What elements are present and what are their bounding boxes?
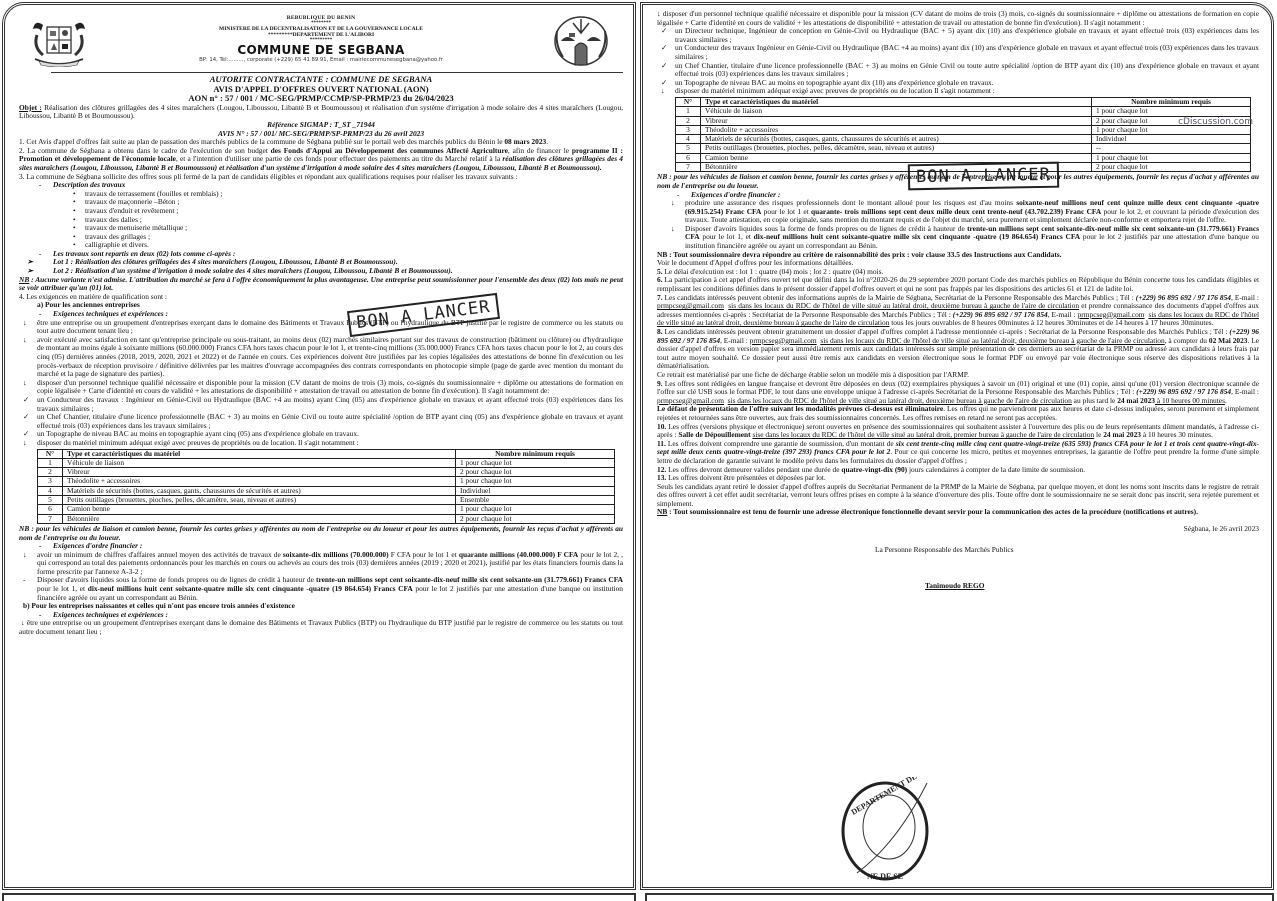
paragraph-2: 2. La commune de Ségbana a obtenu dans l… [19, 147, 623, 173]
table-row: 6Camion benne1 pour chaque lot [676, 153, 1251, 162]
check-icon: ✓ [23, 413, 29, 422]
paragraph-9: 9. Les offres sont rédigées en langue fr… [657, 380, 1259, 406]
table-header-row: N° Type et caractéristiques du matériel … [38, 449, 615, 458]
financial-item: ↓produire une assurance des risques prof… [657, 199, 1259, 225]
official-seal-icon: DEPARTEMENT DE L' NE DE SE [837, 777, 933, 889]
segbana-emblem-icon [551, 15, 611, 67]
place-date: Ségbana, le 26 avril 2023 [657, 525, 1259, 534]
lot-2: ➢Lot 2 : Réalisation d'un système d'irri… [19, 267, 623, 276]
arrow-down-icon: ↓ [661, 87, 665, 96]
benin-coat-of-arms-icon [29, 15, 89, 67]
equipment-table: N° Type et caractéristiques du matériel … [675, 97, 1251, 172]
table-row: 1Véhicule de liaison1 pour chaque lot [38, 458, 615, 467]
equipment-table: N° Type et caractéristiques du matériel … [37, 449, 615, 524]
check-icon: ✓ [661, 62, 667, 71]
arrow-down-icon: ↓ [23, 551, 27, 560]
works-list: •travaux de terrassement (fouilles et re… [19, 190, 623, 250]
staff-item: ✓un Conducteur des travaux : Ingénieur e… [19, 396, 623, 413]
watermark: cDiscussion.com [1178, 117, 1253, 127]
contact-line: BP: 14, Tél:........., corporate (+229) … [19, 57, 623, 64]
table-row: 7Bétonnière2 pour chaque lot [38, 514, 615, 523]
financial-item: ↓Disposer d'avoirs liquides sous la form… [657, 225, 1259, 251]
table-row: 5Petits outillages (brouettes, pioches, … [38, 496, 615, 505]
staff-item: ✓un Directeur technique, Ingénieur de co… [657, 27, 1259, 44]
staff-item: ✓un Chef Chantier, titulaire d'une licen… [19, 413, 623, 430]
arrow-down-icon: ↓ [23, 336, 27, 345]
table-row: 3Théodolite + accessoires1 pour chaque l… [38, 477, 615, 486]
check-icon: ✓ [23, 396, 29, 405]
header-divider [51, 72, 623, 73]
paragraph-7: 7. Les candidats intéressés peuvent obte… [657, 294, 1259, 328]
arrow-down-icon: ↓ [671, 225, 675, 234]
next-page-edge-right [645, 893, 1274, 901]
commune-name: COMMUNE DE SEGBANA [19, 43, 623, 57]
table-row: 6Camion benne1 pour chaque lot [38, 505, 615, 514]
arrow-down-icon: ↓ [23, 319, 27, 328]
table-row: 5Petits outillages (brouettes, pioches, … [676, 144, 1251, 153]
staff-item: ✓un Conducteur des travaux Ingénieur en … [657, 44, 1259, 61]
letterhead: REBUBLIQUE DU BENIN ******** MINISTERE D… [19, 11, 623, 71]
check-icon: ✓ [661, 27, 667, 36]
table-row: 2Vibreur2 pour chaque lot [676, 116, 1251, 125]
requirement-item: ↓être une entreprise ou un groupement d'… [19, 319, 623, 336]
nb-variants: NB : Aucune variante n'est admise. L'att… [19, 276, 623, 293]
paragraph-8: 8. Les candidats intéressés peuvent obte… [657, 328, 1259, 371]
technical-requirements-title-b: -Exigences techniques et expériences : [19, 611, 623, 620]
next-page-edge-left [2, 893, 636, 901]
arrow-down-icon: ↓ [23, 379, 27, 388]
right-page: ↓ disposer d'un personnel technique qual… [640, 2, 1274, 890]
staff-item: ✓un Chef Chantier, titulaire d'une licen… [657, 62, 1259, 79]
financial-item: -Disposer d'avoirs liquides sous la form… [19, 576, 623, 602]
paragraph-11: 11. Les offres doivent comprendre une ga… [657, 440, 1259, 466]
nb-final: NB : Tout soumissionnaire est tenu de fo… [657, 508, 1259, 517]
nb-vehicles: NB : pour les véhicules de liaison et ca… [19, 525, 623, 542]
paragraph-6: 6. La participation à cet appel d'offres… [657, 276, 1259, 293]
signatory-title: La Personne Responsable des Marchés Publ… [657, 546, 1259, 555]
financial-item: ↓avoir un minimum de chiffres d'affaires… [19, 551, 623, 577]
bon-a-lancer-stamp: BON A LANCER [908, 162, 1059, 191]
left-page: REBUBLIQUE DU BENIN ******** MINISTERE D… [2, 2, 636, 890]
requirement-item: ↓ disposer d'un personnel technique qual… [657, 10, 1259, 27]
requirement-item: ↓disposer du matériel minimum adéquat ex… [657, 87, 1259, 96]
paragraph-10: 10. Les offres (versions physique et éle… [657, 423, 1259, 440]
arrow-down-icon: ↓ [671, 199, 675, 208]
check-icon: ✓ [661, 44, 667, 53]
svg-text:NE DE SE: NE DE SE [867, 872, 903, 881]
paragraph-9-eliminatory: Le défaut de présentation de l'offre sui… [657, 405, 1259, 422]
arrow-down-icon: ↓ [23, 439, 27, 448]
republic-line: REBUBLIQUE DU BENIN [19, 11, 623, 21]
signatory-name: Tanimoudo REGO [657, 582, 1259, 591]
requirement-item: ↓avoir exécuté avec satisfaction en tant… [19, 336, 623, 379]
requirement-item: ↓ être une entreprise ou un groupement d… [19, 619, 623, 636]
requirement-item: ↓disposer d'un personnel technique quali… [19, 379, 623, 396]
table-row: 1Véhicule de liaison1 pour chaque lot [676, 107, 1251, 116]
object: Objet : Réalisation des clôtures grillag… [19, 104, 623, 121]
paragraph-13-detail: Seuls les candidats ayant retiré le doss… [657, 483, 1259, 509]
requirement-item: ↓disposer du matériel minimum adéquat ex… [19, 439, 623, 448]
